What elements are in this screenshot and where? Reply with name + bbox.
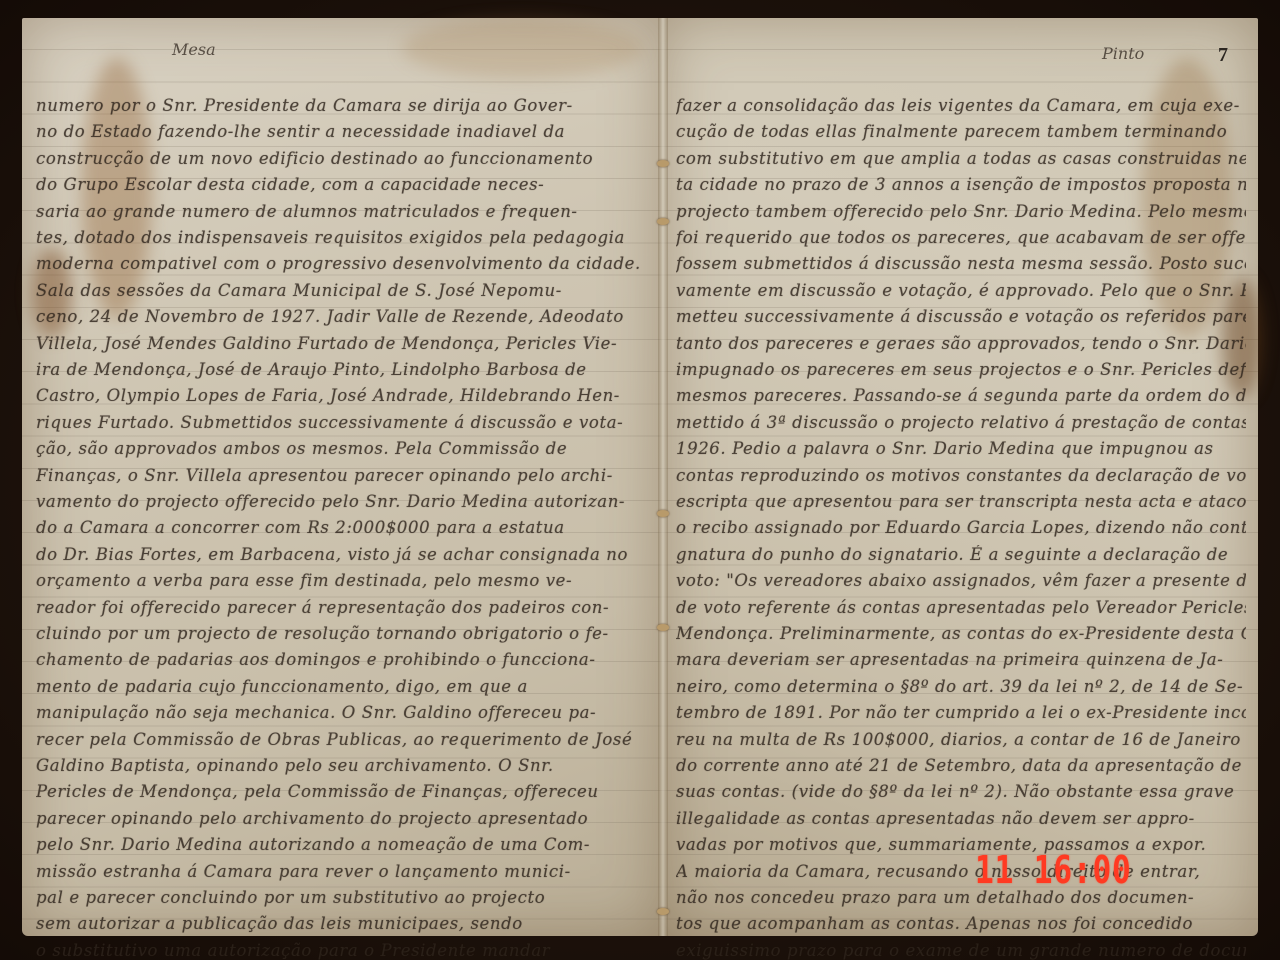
handwritten-line: orçamento a verba para esse fim destinad… — [36, 571, 648, 590]
handwritten-line: do a Camara a concorrer com Rs 2:000$000… — [36, 518, 648, 537]
right-page: Pinto 7 fazer a consolidação das leis vi… — [662, 18, 1258, 936]
handwritten-line: Villela, José Mendes Galdino Furtado de … — [36, 334, 648, 353]
handwritten-line: metteu successivamente á discussão e vot… — [676, 307, 1246, 326]
handwritten-line: do corrente anno até 21 de Setembro, dat… — [676, 756, 1246, 775]
handwritten-line: pelo Snr. Dario Medina autorizando a nom… — [36, 835, 648, 854]
handwritten-line: illegalidade as contas apresentadas não … — [676, 809, 1246, 828]
handwritten-line: no do Estado fazendo-lhe sentir a necess… — [36, 122, 648, 141]
handwritten-line: ção, são approvados ambos os mesmos. Pel… — [36, 439, 648, 458]
handwritten-line: suas contas. (vide do §8º da lei nº 2). … — [676, 782, 1246, 801]
handwritten-line: pal e parecer concluindo por um substitu… — [36, 888, 648, 907]
right-page-text: fazer a consolidação das leis vigentes d… — [662, 18, 1258, 936]
binding-stitch — [657, 908, 669, 915]
handwritten-line: chamento de padarias aos domingos e proh… — [36, 650, 648, 669]
handwritten-line: vamento do projecto offerecido pelo Snr.… — [36, 492, 648, 511]
binding-stitch — [657, 624, 669, 631]
handwritten-line: construcção de um novo edificio destinad… — [36, 149, 648, 168]
camera-timestamp: 11 16:00 — [975, 848, 1132, 892]
handwritten-line: exiguissimo prazo para o exame de um gra… — [676, 941, 1246, 960]
handwritten-line: manipulação não seja mechanica. O Snr. G… — [36, 703, 648, 722]
handwritten-line: Sala das sessões da Camara Municipal de … — [36, 281, 648, 300]
handwritten-line: cluindo por um projecto de resolução tor… — [36, 624, 648, 643]
left-page-text: numero por o Snr. Presidente da Camara s… — [22, 18, 662, 936]
handwritten-line: tembro de 1891. Por não ter cumprido a l… — [676, 703, 1246, 722]
handwritten-line: Pericles de Mendonça, pela Commissão de … — [36, 782, 648, 801]
handwritten-line: vadas por motivos que, summariamente, pa… — [676, 835, 1246, 854]
handwritten-line: foi requerido que todos os pareceres, qu… — [676, 228, 1246, 247]
handwritten-line: tanto dos pareceres e geraes são approva… — [676, 334, 1246, 353]
handwritten-line: vamente em discussão e votação, é approv… — [676, 281, 1246, 300]
handwritten-line: com substitutivo em que amplia a todas a… — [676, 149, 1246, 168]
handwritten-line: reu na multa de Rs 100$000, diarios, a c… — [676, 730, 1246, 749]
binding-stitch — [657, 510, 669, 517]
handwritten-line: mesmos pareceres. Passando-se á segunda … — [676, 386, 1246, 405]
handwritten-line: saria ao grande numero de alumnos matric… — [36, 202, 648, 221]
handwritten-line: ceno, 24 de Novembro de 1927. Jadir Vall… — [36, 307, 648, 326]
handwritten-line: riques Furtado. Submettidos successivame… — [36, 413, 648, 432]
handwritten-line: missão estranha á Camara para rever o la… — [36, 862, 648, 881]
book-spine — [658, 18, 668, 936]
handwritten-line: não nos concedeu prazo para um detalhado… — [676, 888, 1246, 907]
handwritten-line: projecto tambem offerecido pelo Snr. Dar… — [676, 202, 1246, 221]
handwritten-line: A maioria da Camara, recusando o nosso d… — [676, 862, 1246, 881]
handwritten-line: 1926. Pedio a palavra o Snr. Dario Medin… — [676, 439, 1246, 458]
handwritten-line: do Grupo Escolar desta cidade, com a cap… — [36, 175, 648, 194]
handwritten-line: mara deveriam ser apresentadas na primei… — [676, 650, 1246, 669]
handwritten-line: Finanças, o Snr. Villela apresentou pare… — [36, 466, 648, 485]
handwritten-line: do Dr. Bias Fortes, em Barbacena, visto … — [36, 545, 648, 564]
handwritten-line: fossem submettidos á discussão nesta mes… — [676, 254, 1246, 273]
handwritten-line: o recibo assignado por Eduardo Garcia Lo… — [676, 518, 1246, 537]
binding-stitch — [657, 160, 669, 167]
handwritten-line: o substitutivo uma autorização para o Pr… — [36, 941, 648, 960]
handwritten-line: mento de padaria cujo funccionamento, di… — [36, 677, 648, 696]
binding-stitch — [657, 218, 669, 225]
handwritten-line: Galdino Baptista, opinando pelo seu arch… — [36, 756, 648, 775]
handwritten-line: neiro, como determina o §8º do art. 39 d… — [676, 677, 1246, 696]
handwritten-line: numero por o Snr. Presidente da Camara s… — [36, 96, 648, 115]
handwritten-line: cução de todas ellas finalmente parecem … — [676, 122, 1246, 141]
handwritten-line: ira de Mendonça, José de Araujo Pinto, L… — [36, 360, 648, 379]
handwritten-line: impugnado os pareceres em seus projectos… — [676, 360, 1246, 379]
handwritten-line: contas reproduzindo os motivos constante… — [676, 466, 1246, 485]
handwritten-line: moderna compativel com o progressivo des… — [36, 254, 648, 273]
handwritten-line: sem autorizar a publicação das leis muni… — [36, 914, 648, 933]
handwritten-line: tos que acompanham as contas. Apenas nos… — [676, 914, 1246, 933]
handwritten-line: voto: "Os vereadores abaixo assignados, … — [676, 571, 1246, 590]
handwritten-line: Castro, Olympio Lopes de Faria, José And… — [36, 386, 648, 405]
handwritten-line: Mendonça. Preliminarmente, as contas do … — [676, 624, 1246, 643]
handwritten-line: de voto referente ás contas apresentadas… — [676, 598, 1246, 617]
handwritten-line: gnatura do punho do signatario. É a segu… — [676, 545, 1246, 564]
handwritten-line: reador foi offerecido parecer á represen… — [36, 598, 648, 617]
handwritten-line: ta cidade no prazo de 3 annos a isenção … — [676, 175, 1246, 194]
handwritten-line: parecer opinando pelo archivamento do pr… — [36, 809, 648, 828]
handwritten-line: escripta que apresentou para ser transcr… — [676, 492, 1246, 511]
handwritten-line: fazer a consolidação das leis vigentes d… — [676, 96, 1246, 115]
handwritten-line: tes, dotado dos indispensaveis requisito… — [36, 228, 648, 247]
handwritten-line: mettido á 3ª discussão o projecto relati… — [676, 413, 1246, 432]
handwritten-line: recer pela Commissão de Obras Publicas, … — [36, 730, 648, 749]
left-page: Mesa numero por o Snr. Presidente da Cam… — [22, 18, 662, 936]
